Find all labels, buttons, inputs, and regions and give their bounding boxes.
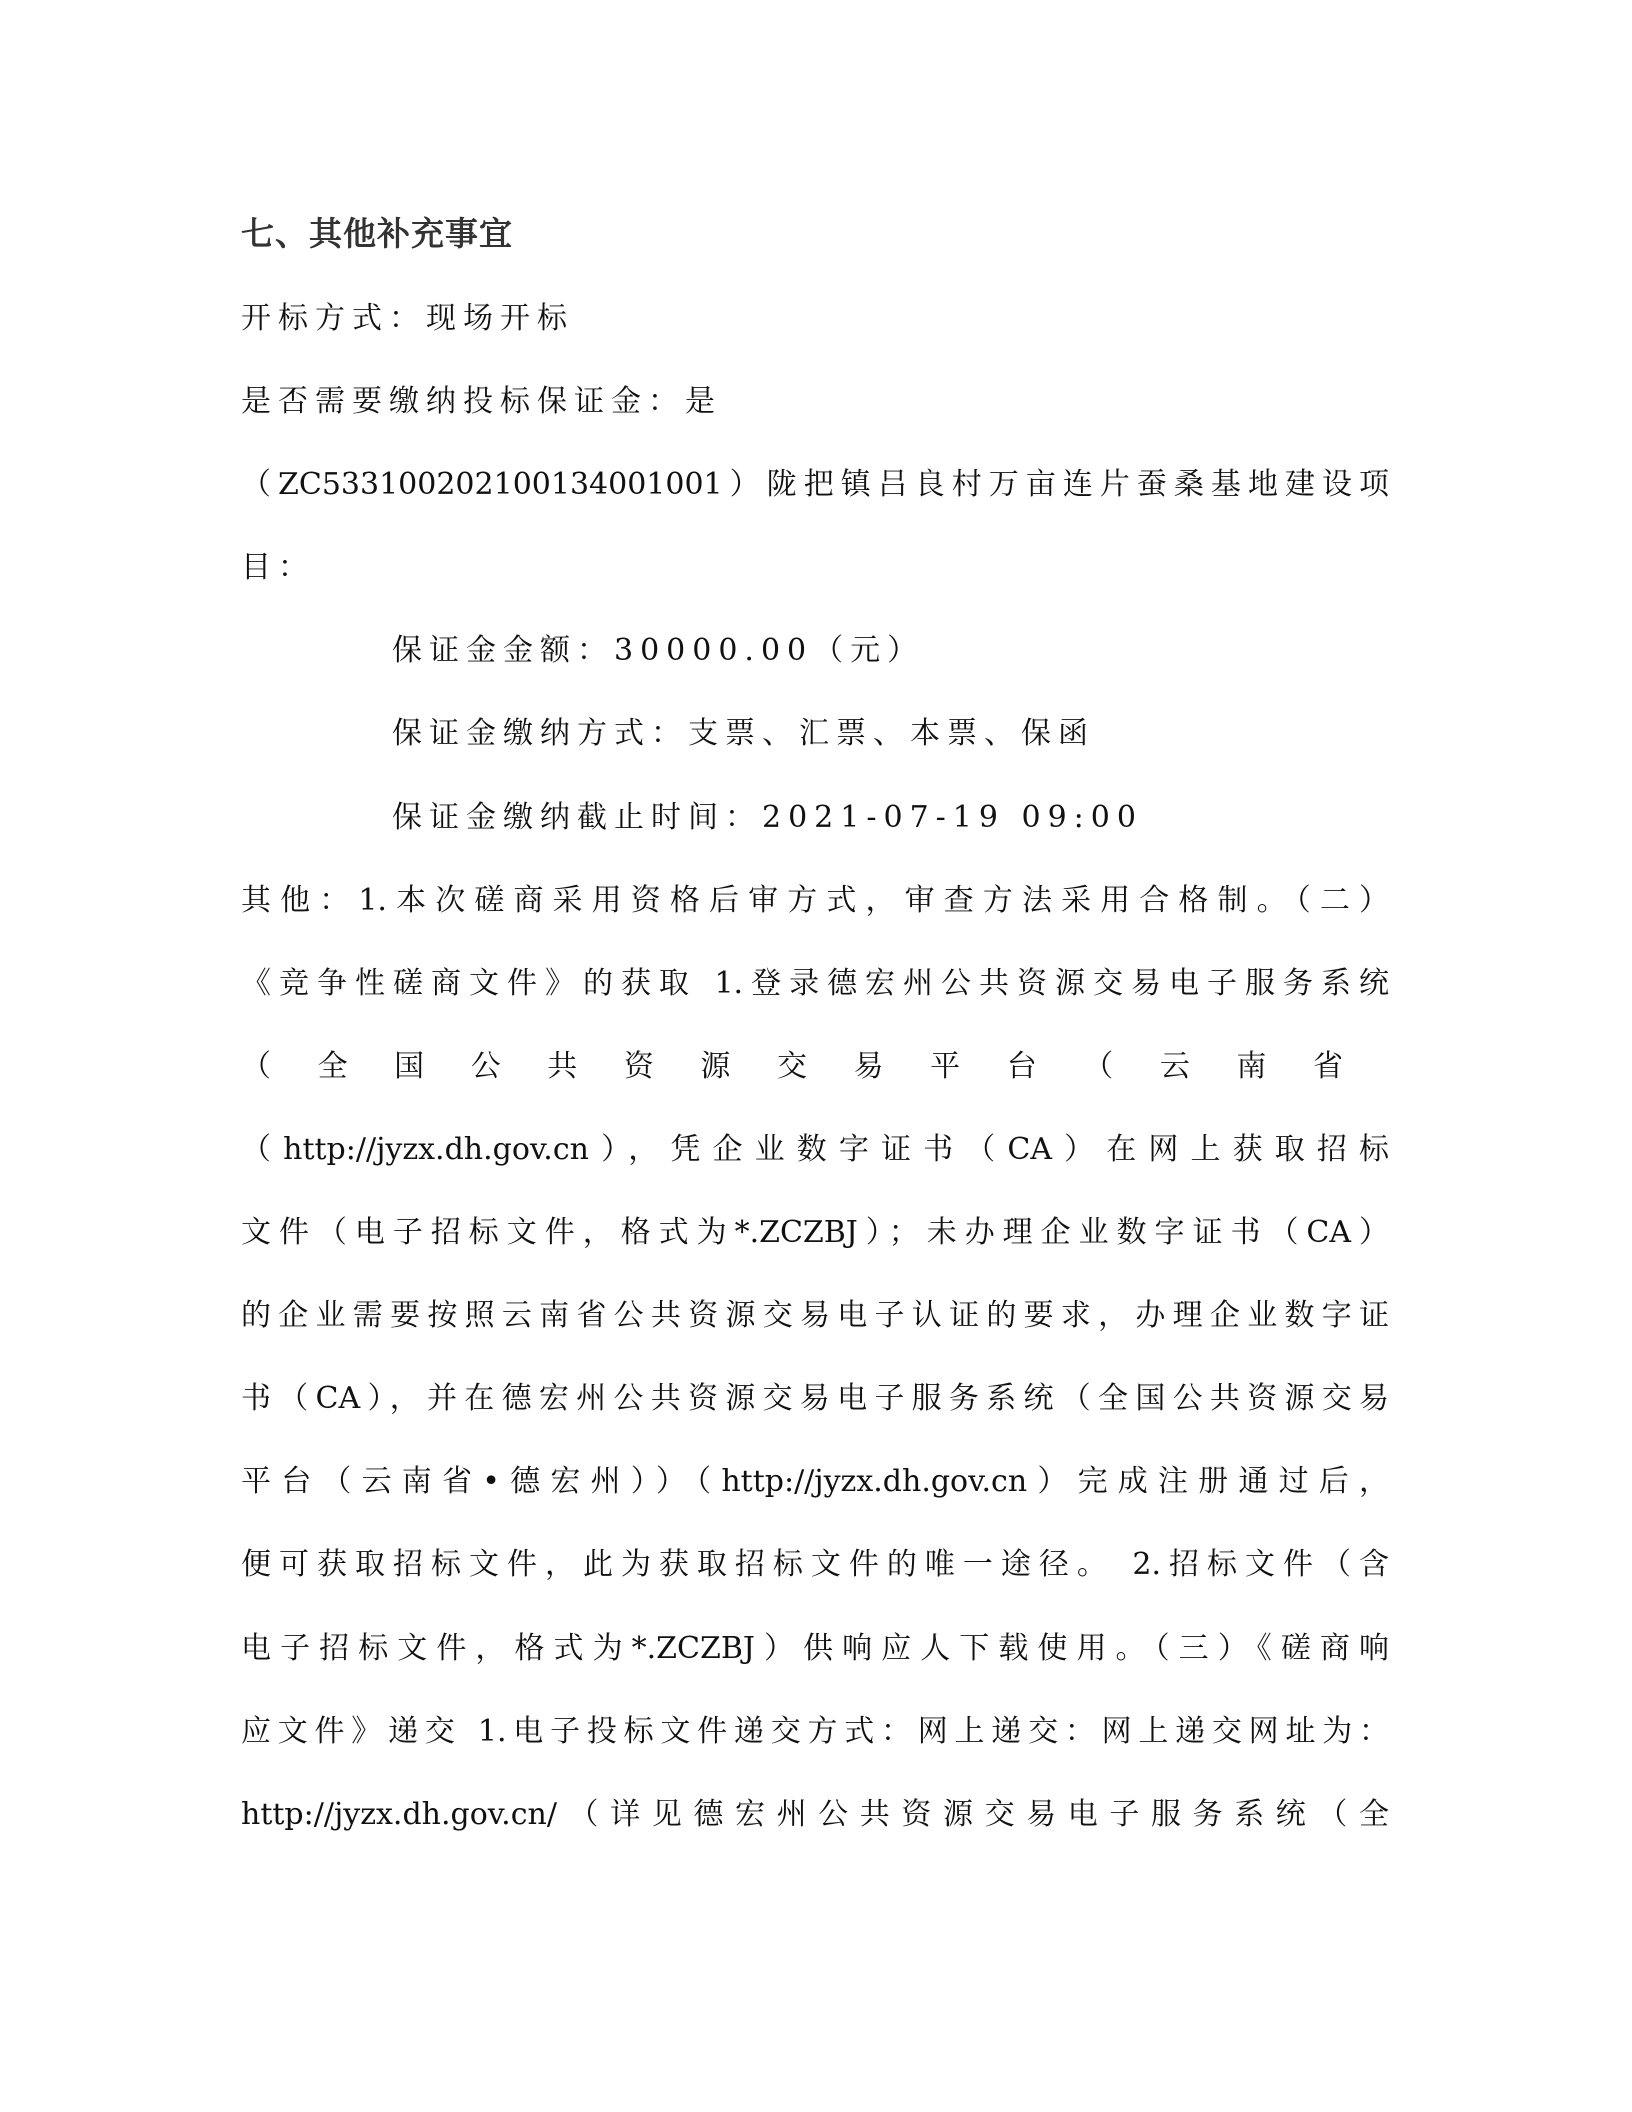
deposit-payment-method-line: 保证金缴纳方式：支票、汇票、本票、保函 — [241, 692, 1389, 775]
other-line: 平台（云南省•德宏州））（http://jyzx.dh.gov.cn）完成注册通… — [241, 1440, 1389, 1523]
other-line: （http://jyzx.dh.gov.cn），凭企业数字证书（CA）在网上获取… — [241, 1108, 1389, 1191]
project-name-line-2: 目： — [241, 526, 1389, 609]
other-line: （全国公共资源交易平台（云南省•德宏州）） — [241, 1025, 1389, 1108]
opening-method-line: 开标方式：现场开标 — [241, 277, 1389, 360]
deposit-deadline-line: 保证金缴纳截止时间：2021-07-19 09:00 — [241, 776, 1389, 859]
other-line: 便可获取招标文件，此为获取招标文件的唯一途径。 2.招标文件（含 — [241, 1523, 1389, 1606]
section-title: 七、其他补充事宜 — [241, 208, 513, 260]
project-name-text-1: （ZC5331002021001340010​01）陇把镇吕良村万亩连片蚕桑基地… — [241, 467, 1389, 502]
other-line: 《竞争性磋商文件》的获取 1.登录德宏州公共资源交易电子服务系统 — [241, 942, 1389, 1025]
other-line: http://jyzx.dh.gov.cn/（详见德宏州公共资源交易电子服务系统… — [241, 1773, 1389, 1856]
document-body: 开标方式：现场开标 是否需要缴纳投标保证金：是 （ZC5331002021001… — [241, 277, 1389, 1856]
other-line: 电子招标文件，格式为*.ZCZBJ）供响应人下载使用。（三）《磋商响 — [241, 1607, 1389, 1690]
deposit-amount-line: 保证金金额：30000.00（元） — [241, 609, 1389, 692]
other-line: 的企业需要按照云南省公共资源交易电子认证的要求，办理企业数字证 — [241, 1274, 1389, 1357]
other-line: 文件（电子招标文件，格式为*.ZCZBJ）；未办理企业数字证书（CA） — [241, 1191, 1389, 1274]
project-name-line-1: （ZC5331002021001340010​01）陇把镇吕良村万亩连片蚕桑基地… — [241, 443, 1389, 526]
other-line: 其他：1.本次磋商采用资格后审方式，审查方法采用合格制。（二） — [241, 859, 1389, 942]
other-line: 书（CA），并在德宏州公共资源交易电子服务系统（全国公共资源交易 — [241, 1357, 1389, 1440]
other-line: 应文件》递交 1.电子投标文件递交方式：网上递交：网上递交网址为： — [241, 1690, 1389, 1773]
deposit-required-line: 是否需要缴纳投标保证金：是 — [241, 360, 1389, 443]
